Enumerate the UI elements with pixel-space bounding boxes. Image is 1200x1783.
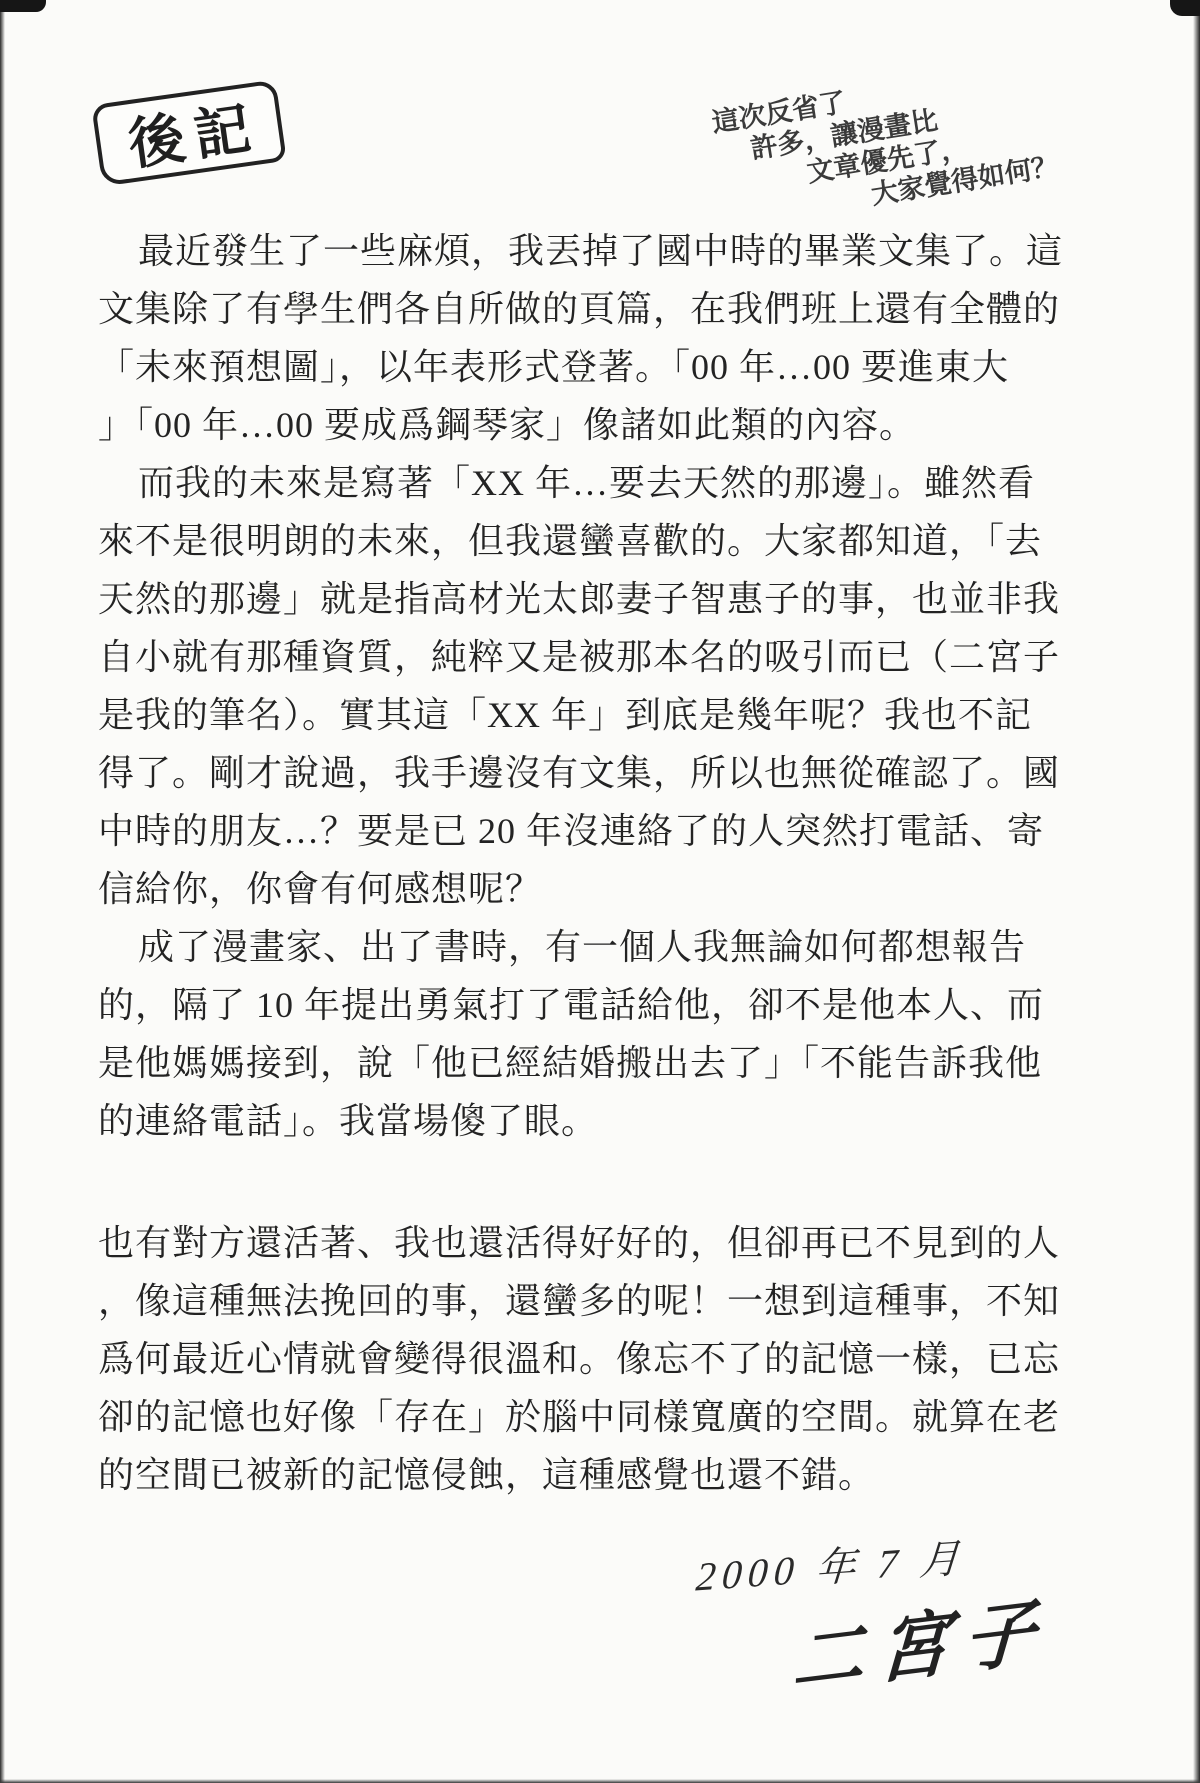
scanned-afterword-page: 後記 這次反省了許多，讓漫畫比文章優先了，大家覺得如何？ 最近發生了一些麻煩，我… xyxy=(0,0,1200,1783)
scan-edge-bottom xyxy=(0,1779,1200,1783)
body-text-line: 卻的記憶也好像「存在」於腦中同樣寬廣的空間。就算在老 xyxy=(98,1388,1020,1446)
body-text-line: 信給你，你會有何感想呢？ xyxy=(98,860,1020,918)
afterword-body-text: 最近發生了一些麻煩，我丟掉了國中時的畢業文集了。這文集除了有學生們各自所做的頁篇… xyxy=(98,222,1020,1504)
body-text-line: 是他媽媽接到，說「他已經結婚搬出去了」「不能告訴我他 xyxy=(98,1034,1020,1092)
body-text-line: 爲何最近心情就會變得很溫和。像忘不了的記憶一樣，已忘 xyxy=(98,1330,1020,1388)
body-text-line: 的空間已被新的記憶侵蝕，這種感覺也還不錯。 xyxy=(98,1446,1020,1504)
body-text-line: 」「00 年…00 要成爲鋼琴家」像諸如此類的內容。 xyxy=(98,396,1020,454)
scan-edge-right xyxy=(1193,0,1200,1783)
afterword-stamp-box: 後記 xyxy=(91,79,287,186)
body-text-line: 得了。剛才說過，我手邊沒有文集，所以也無從確認了。國 xyxy=(98,744,1020,802)
body-text-line: 「未來預想圖」，以年表形式登著。「00 年…00 要進東大 xyxy=(98,338,1020,396)
body-text-line: 的，隔了 10 年提出勇氣打了電話給他，卻不是他本人、而 xyxy=(98,976,1020,1034)
body-text-line: 天然的那邊」就是指高材光太郎妻子智惠子的事，也並非我 xyxy=(98,570,1020,628)
body-text-line: ，像這種無法挽回的事，還蠻多的呢！一想到這種事，不知 xyxy=(98,1272,1020,1330)
scan-edge-left xyxy=(0,0,5,1783)
body-text-line: 而我的未來是寫著「XX 年…要去天然的那邊」。雖然看 xyxy=(98,454,1020,512)
body-text-line: 是我的筆名）。實其這「XX 年」到底是幾年呢？我也不記 xyxy=(98,686,1020,744)
body-text-line: 自小就有那種資質，純粹又是被那本名的吸引而已（二宮子 xyxy=(98,628,1020,686)
body-text-line: 來不是很明朗的未來，但我還蠻喜歡的。大家都知道，「去 xyxy=(98,512,1020,570)
body-text-line: 成了漫畫家、出了書時，有一個人我無論如何都想報告 xyxy=(98,918,1020,976)
scan-corner-top-left xyxy=(0,0,46,12)
body-text-line: 中時的朋友…？要是已 20 年沒連絡了的人突然打電話、寄 xyxy=(98,802,1020,860)
body-text-line: 也有對方還活著、我也還活得好好的，但卻再已不見到的人 xyxy=(98,1214,1020,1272)
body-text-line: 的連絡電話」。我當場傻了眼。 xyxy=(98,1092,1020,1150)
handwritten-margin-note: 這次反省了許多，讓漫畫比文章優先了，大家覺得如何？ xyxy=(645,52,1080,244)
body-text-line: 最近發生了一些麻煩，我丟掉了國中時的畢業文集了。這 xyxy=(98,222,1020,280)
scan-corner-top-right xyxy=(1170,0,1200,16)
body-text-line: 文集除了有學生們各自所做的頁篇，在我們班上還有全體的 xyxy=(98,280,1020,338)
afterword-title: 後記 xyxy=(113,84,265,183)
